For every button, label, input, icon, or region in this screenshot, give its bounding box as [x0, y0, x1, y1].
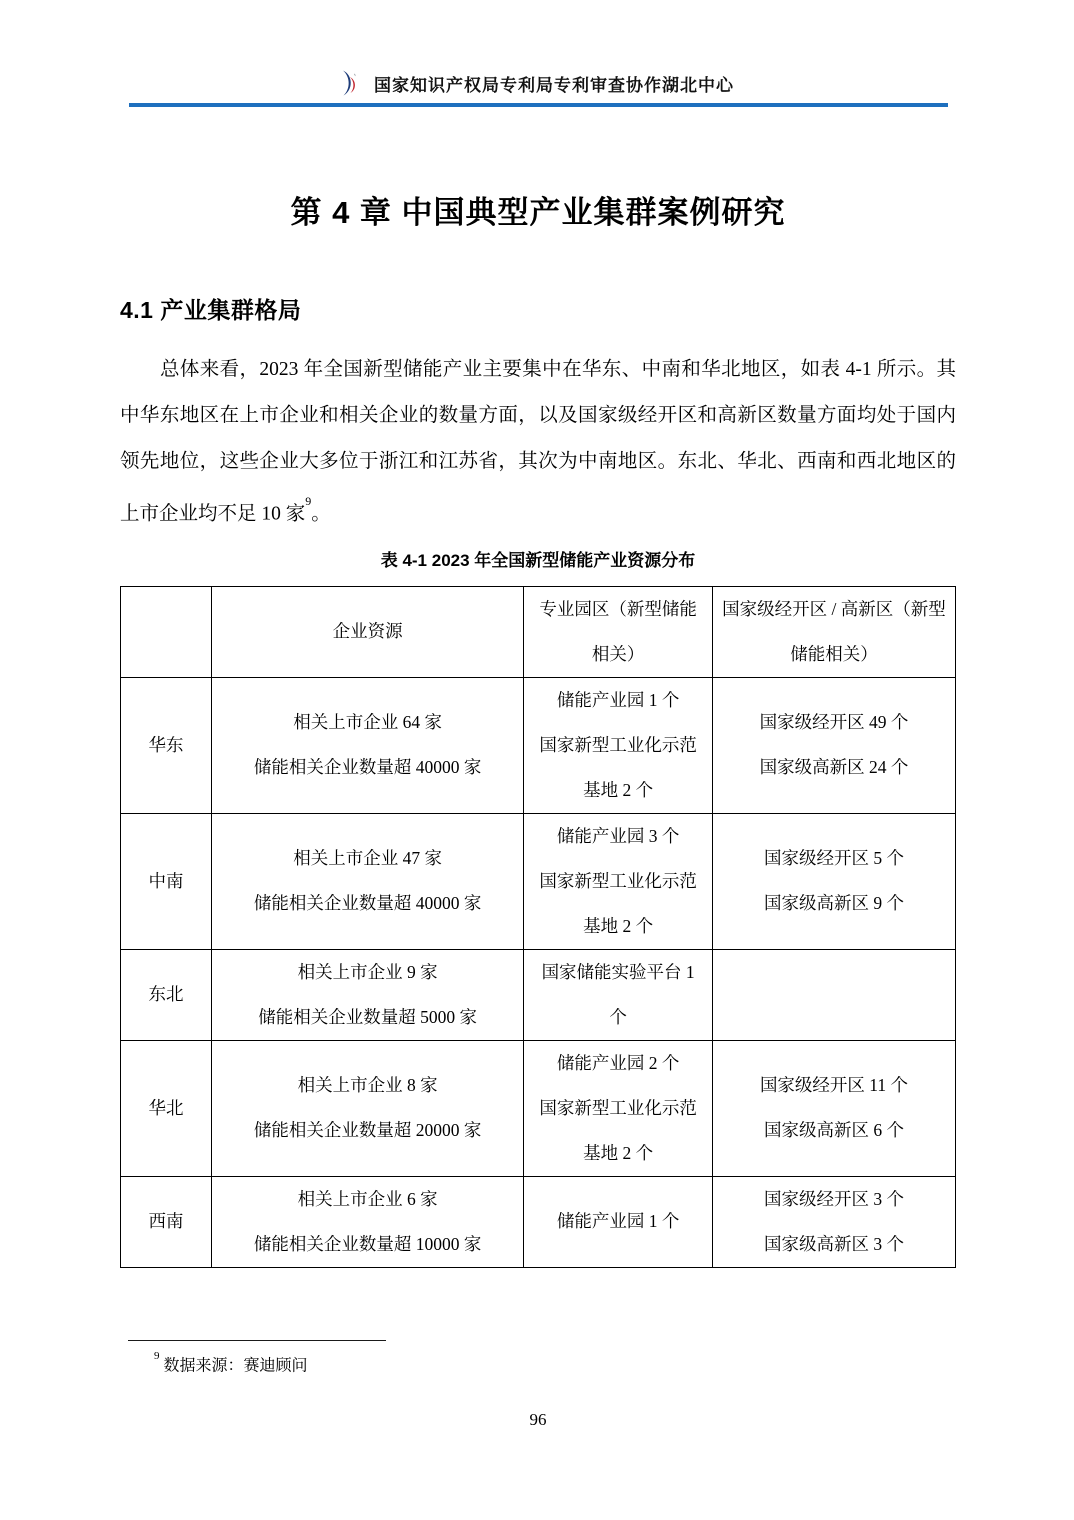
parks-cell: 储能产业园 3 个 国家新型工业化示范基地 2 个 [524, 813, 713, 949]
cell-line: 国家级经开区 49 个 [721, 700, 947, 745]
region-label: 华北 [121, 1040, 212, 1176]
header-inner: 国家知识产权局专利局专利审查协作湖北中心 [0, 70, 1074, 96]
footnote: 9数据来源：赛迪顾问 [154, 1349, 956, 1378]
cell-line: 国家级高新区 9 个 [721, 881, 947, 926]
page-header: 国家知识产权局专利局专利审查协作湖北中心 [0, 0, 1074, 107]
enterprise-cell: 相关上市企业 47 家 储能相关企业数量超 40000 家 [212, 813, 524, 949]
cell-line: 国家新型工业化示范基地 2 个 [532, 859, 704, 949]
cell-line: 储能相关企业数量超 20000 家 [220, 1108, 515, 1153]
cell-line: 储能相关企业数量超 5000 家 [220, 995, 515, 1040]
region-label: 西南 [121, 1176, 212, 1267]
chapter-title: 第 4 章 中国典型产业集群案例研究 [120, 191, 956, 235]
table-row-xinan: 西南 相关上市企业 6 家 储能相关企业数量超 10000 家 储能产业园 1 … [121, 1176, 956, 1267]
region-label: 华东 [121, 677, 212, 813]
table-header-row: 企业资源 专业园区（新型储能相关） 国家级经开区 / 高新区（新型储能相关） [121, 586, 956, 677]
page-content: 第 4 章 中国典型产业集群案例研究 4.1 产业集群格局 总体来看，2023 … [120, 191, 956, 1430]
org-logo-icon [340, 70, 362, 96]
zones-cell: 国家级经开区 11 个 国家级高新区 6 个 [712, 1040, 955, 1176]
enterprise-cell: 相关上市企业 6 家 储能相关企业数量超 10000 家 [212, 1176, 524, 1267]
paragraph-text: 总体来看，2023 年全国新型储能产业主要集中在华东、中南和华北地区，如表 4-… [120, 359, 956, 525]
table-row-dongbei: 东北 相关上市企业 9 家 储能相关企业数量超 5000 家 国家储能实验平台 … [121, 949, 956, 1040]
resource-table: 企业资源 专业园区（新型储能相关） 国家级经开区 / 高新区（新型储能相关） 华… [120, 586, 956, 1268]
enterprise-cell: 相关上市企业 8 家 储能相关企业数量超 20000 家 [212, 1040, 524, 1176]
header-cell-parks: 专业园区（新型储能相关） [524, 586, 713, 677]
cell-line: 国家级经开区 11 个 [721, 1063, 947, 1108]
parks-cell: 国家储能实验平台 1 个 [524, 949, 713, 1040]
cell-line: 国家新型工业化示范基地 2 个 [532, 723, 704, 813]
cell-line: 储能产业园 1 个 [532, 1199, 704, 1244]
cell-line: 相关上市企业 8 家 [220, 1063, 515, 1108]
header-cell-zones: 国家级经开区 / 高新区（新型储能相关） [712, 586, 955, 677]
table-row-huabei: 华北 相关上市企业 8 家 储能相关企业数量超 20000 家 储能产业园 2 … [121, 1040, 956, 1176]
parks-cell: 储能产业园 1 个 国家新型工业化示范基地 2 个 [524, 677, 713, 813]
zones-cell: 国家级经开区 49 个 国家级高新区 24 个 [712, 677, 955, 813]
cell-line: 储能相关企业数量超 40000 家 [220, 881, 515, 926]
table-row-zhongnan: 中南 相关上市企业 47 家 储能相关企业数量超 40000 家 储能产业园 3… [121, 813, 956, 949]
cell-line: 相关上市企业 6 家 [220, 1177, 515, 1222]
footnote-marker: 9 [154, 1350, 160, 1362]
zones-cell [712, 949, 955, 1040]
cell-line: 国家级高新区 6 个 [721, 1108, 947, 1153]
parks-cell: 储能产业园 2 个 国家新型工业化示范基地 2 个 [524, 1040, 713, 1176]
cell-line: 国家级经开区 3 个 [721, 1177, 947, 1222]
cell-line: 储能相关企业数量超 40000 家 [220, 745, 515, 790]
cell-line: 相关上市企业 9 家 [220, 950, 515, 995]
cell-line: 储能相关企业数量超 10000 家 [220, 1222, 515, 1267]
cell-line: 储能产业园 2 个 [532, 1041, 704, 1086]
footnote-divider [128, 1340, 386, 1341]
cell-line: 储能产业园 1 个 [532, 678, 704, 723]
footnote-ref-marker: 9 [305, 494, 311, 508]
document-page: 国家知识产权局专利局专利审查协作湖北中心 第 4 章 中国典型产业集群案例研究 … [0, 0, 1074, 1520]
enterprise-cell: 相关上市企业 64 家 储能相关企业数量超 40000 家 [212, 677, 524, 813]
cell-line: 国家级高新区 24 个 [721, 745, 947, 790]
zones-cell: 国家级经开区 5 个 国家级高新区 9 个 [712, 813, 955, 949]
footnote-text: 数据来源：赛迪顾问 [164, 1357, 308, 1374]
body-paragraph: 总体来看，2023 年全国新型储能产业主要集中在华东、中南和华北地区，如表 4-… [120, 347, 956, 538]
cell-line: 相关上市企业 64 家 [220, 700, 515, 745]
page-number: 96 [120, 1410, 956, 1430]
region-label: 东北 [121, 949, 212, 1040]
zones-cell: 国家级经开区 3 个 国家级高新区 3 个 [712, 1176, 955, 1267]
header-cell-region [121, 586, 212, 677]
cell-line: 国家级高新区 3 个 [721, 1222, 947, 1267]
cell-line: 相关上市企业 47 家 [220, 836, 515, 881]
header-cell-enterprise: 企业资源 [212, 586, 524, 677]
region-label: 中南 [121, 813, 212, 949]
paragraph-text-end: 。 [311, 504, 331, 525]
header-divider [129, 103, 948, 107]
table-row-huadong: 华东 相关上市企业 64 家 储能相关企业数量超 40000 家 储能产业园 1… [121, 677, 956, 813]
org-name: 国家知识产权局专利局专利审查协作湖北中心 [374, 71, 734, 96]
enterprise-cell: 相关上市企业 9 家 储能相关企业数量超 5000 家 [212, 949, 524, 1040]
section-title: 4.1 产业集群格局 [120, 293, 956, 327]
cell-line: 储能产业园 3 个 [532, 814, 704, 859]
cell-line: 国家新型工业化示范基地 2 个 [532, 1086, 704, 1176]
cell-line: 国家级经开区 5 个 [721, 836, 947, 881]
table-caption: 表 4-1 2023 年全国新型储能产业资源分布 [120, 548, 956, 574]
cell-line: 国家储能实验平台 1 个 [532, 950, 704, 1040]
parks-cell: 储能产业园 1 个 [524, 1176, 713, 1267]
